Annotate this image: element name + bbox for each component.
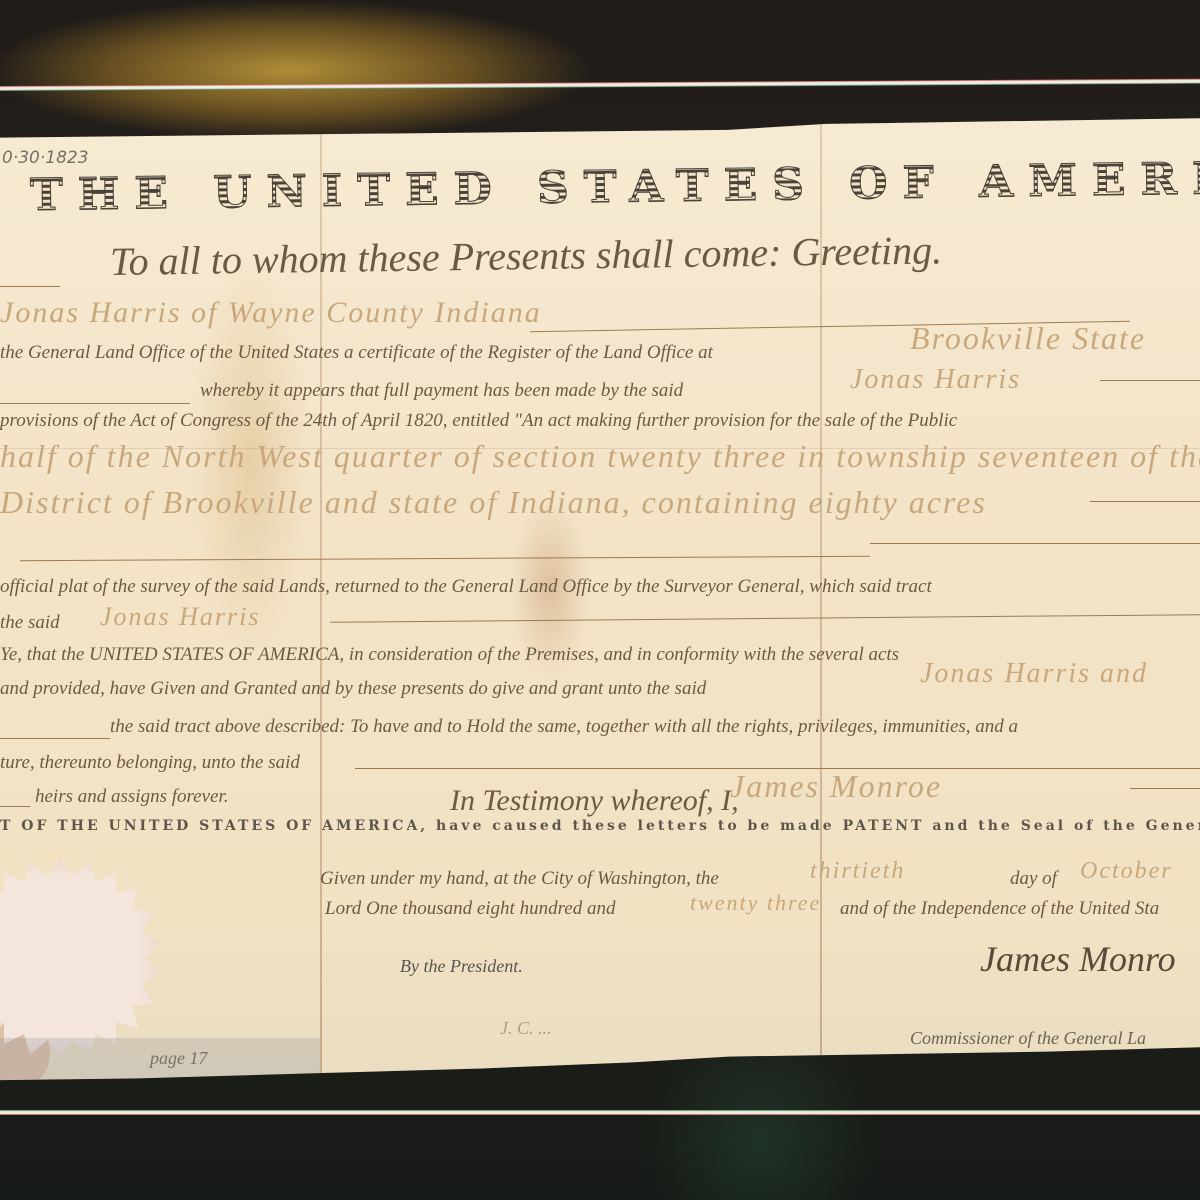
rule: [330, 614, 1200, 623]
secretary-signature: J. C. ...: [500, 1018, 552, 1039]
printed-line: Ye, that the UNITED STATES OF AMERICA, i…: [0, 644, 899, 666]
purchaser-handwritten: Jonas Harris: [850, 364, 1021, 396]
rule: [1100, 380, 1200, 381]
rule: [0, 403, 190, 404]
grantee-handwritten: Jonas Harris: [100, 602, 261, 632]
printed-line: provisions of the Act of Congress of the…: [0, 410, 957, 432]
printed-line: and provided, have Given and Granted and…: [0, 678, 706, 700]
printed-line: the said: [0, 612, 60, 634]
year-line: Lord One thousand eight hundred and: [325, 898, 615, 920]
rule: [1130, 788, 1200, 789]
land-patent-document: 0·30·1823 THE UNITED STATES OF AMERICA. …: [0, 118, 1200, 1106]
year-line-independence: and of the Independence of the United St…: [840, 898, 1159, 920]
printed-line: the General Land Office of the United St…: [0, 342, 713, 364]
president-name-handwritten: James Monroe: [730, 768, 942, 805]
president-signature: James Monro: [980, 938, 1176, 980]
given-line: Given under my hand, at the City of Wash…: [320, 868, 719, 890]
printed-line: whereby it appears that full payment has…: [200, 380, 683, 402]
rule: [870, 543, 1200, 544]
catalog-number: 0·30·1823: [2, 148, 89, 168]
given-line-day-of: day of: [1010, 868, 1057, 890]
year-handwritten: twenty three: [690, 890, 821, 916]
by-the-president: By the President.: [400, 956, 523, 977]
land-description-handwritten: half of the North West quarter of sectio…: [0, 438, 1200, 475]
printed-line: official plat of the survey of the said …: [0, 576, 932, 598]
land-description-handwritten: District of Brookville and state of Indi…: [0, 484, 987, 521]
day-handwritten: thirtieth: [810, 858, 905, 885]
frame-mat-bottom: [0, 1110, 1200, 1115]
testimony-line: In Testimony whereof, I,: [450, 784, 739, 818]
printed-line: heirs and assigns forever.: [35, 786, 229, 808]
document-heading: THE UNITED STATES OF AMERICA.: [30, 151, 1200, 221]
paper-seal: [0, 858, 160, 1058]
grantee-handwritten: Jonas Harris and: [920, 658, 1148, 690]
rule: [0, 738, 110, 739]
printed-line: ture, thereunto belonging, unto the said: [0, 752, 300, 774]
rule: [1090, 501, 1200, 502]
bottom-note: page 17: [150, 1048, 208, 1069]
printed-line: the said tract above described: To have …: [110, 716, 1018, 738]
patent-clause: T OF THE UNITED STATES OF AMERICA, have …: [0, 818, 1200, 834]
rule: [0, 286, 60, 287]
greeting-line: To all to whom these Presents shall come…: [110, 226, 943, 285]
land-office-handwritten: Brookville State: [910, 320, 1146, 357]
month-handwritten: October: [1080, 858, 1173, 885]
grantee-handwritten: Jonas Harris of Wayne County Indiana: [0, 296, 542, 330]
commissioner-line: Commissioner of the General La: [910, 1028, 1146, 1049]
rule: [20, 556, 870, 561]
rule: [0, 806, 30, 807]
